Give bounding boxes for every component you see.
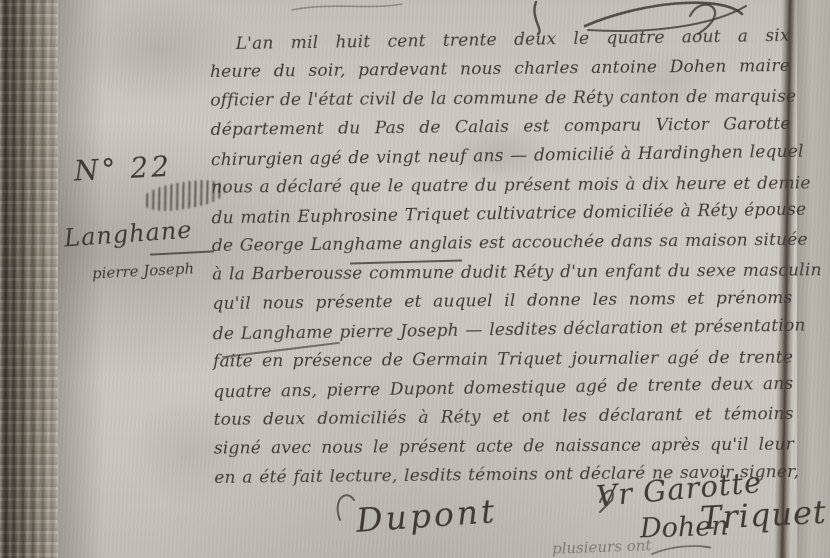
manuscript-line: à la Barberousse commune dudit Réty d'un… bbox=[212, 256, 792, 289]
pen-flourish bbox=[150, 250, 214, 255]
signature-dupont: Dupont bbox=[355, 491, 499, 540]
manuscript-line: officier de l'état civil de la commune d… bbox=[210, 82, 790, 115]
book-binding bbox=[0, 0, 58, 558]
manuscript-line: signé avec nous le présent acte de naiss… bbox=[214, 430, 794, 463]
margin-given-names: pierre Joseph bbox=[92, 259, 195, 282]
register-scan: N° 22 Langhane pierre Joseph L'an mil hu… bbox=[0, 0, 830, 558]
next-act-fragment: plusieurs ont bbox=[552, 536, 652, 557]
signature-triquet: Triquet bbox=[699, 493, 828, 538]
act-body-text: L'an mil huit cent trente deux le quatre… bbox=[210, 23, 795, 493]
act-number: N° 22 bbox=[73, 149, 173, 187]
margin-surname: Langhane bbox=[63, 216, 193, 253]
